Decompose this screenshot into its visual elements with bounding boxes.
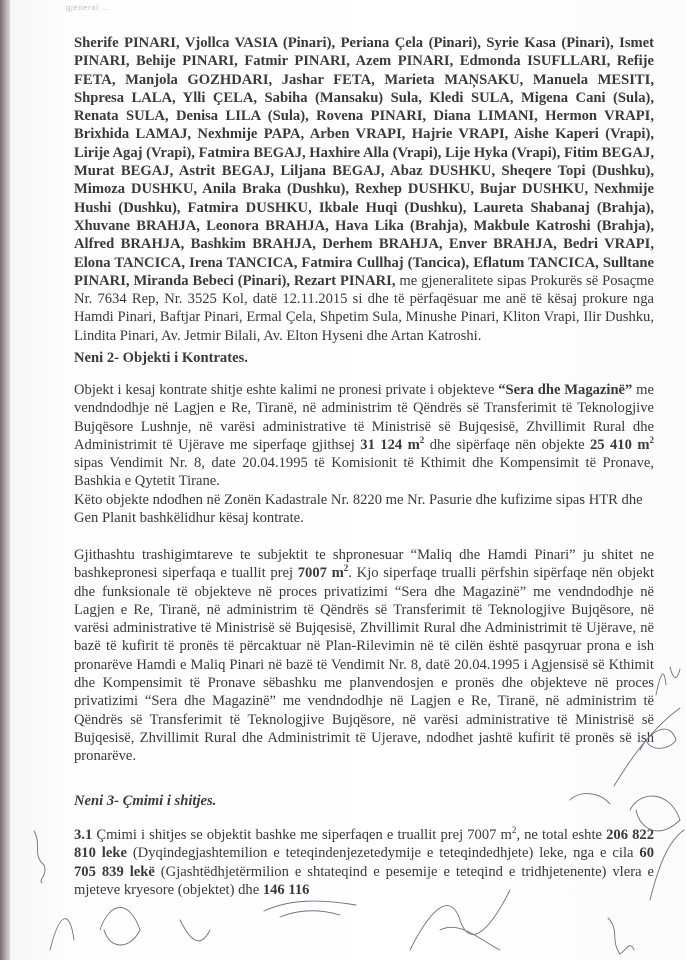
bold-text: 3.1: [74, 827, 92, 843]
superscript: 2: [649, 435, 654, 445]
text-run: . Kjo siperfaqe trualli përfshin sipërfa…: [74, 565, 654, 764]
article-2-body: Objekt i kesaj kontrate shitje eshte kal…: [74, 381, 654, 527]
bold-text: 146 116: [263, 882, 310, 898]
bold-text: 25 410 m: [590, 437, 650, 453]
article-2-paragraph-2-block: Gjithashtu trashigimtareve te subjektit …: [74, 546, 654, 766]
article-2-paragraph-1: Objekt i kesaj kontrate shitje eshte kal…: [74, 381, 654, 491]
article-2-paragraph-2: Gjithashtu trashigimtareve te subjektit …: [74, 546, 654, 766]
article-2: Neni 2- Objekti i Kontrates.: [74, 349, 654, 367]
article-3-heading: Neni 3- Çmimi i shitjes.: [74, 792, 654, 810]
article-3-body: 3.1 Çmimi i shitjes se objektit bashke m…: [74, 826, 654, 899]
text-run: Objekt i kesaj kontrate shitje eshte kal…: [74, 382, 498, 398]
parties-text: Sherife PINARI, Vjollca VASIA (Pinari), …: [74, 34, 654, 345]
text-run: (Dyqindegjashtemilion e teteqindenjezete…: [127, 845, 639, 861]
bold-text: Sherife PINARI, Vjollca VASIA (Pinari), …: [74, 35, 654, 289]
article-3: Neni 3- Çmimi i shitjes.: [74, 792, 654, 810]
article-3-paragraph-1: 3.1 Çmimi i shitjes se objektit bashke m…: [74, 826, 654, 899]
bold-text: 31 124 m: [360, 437, 420, 453]
faint-stamp-text: gjeneral ...: [66, 4, 109, 12]
text-run: dhe sipërfaqe nën objekte: [424, 437, 590, 453]
parties-paragraph: Sherife PINARI, Vjollca VASIA (Pinari), …: [74, 34, 654, 345]
article-2-heading: Neni 2- Objekti i Kontrates.: [74, 349, 654, 367]
text-run: sipas Vendimit Nr. 8, date 20.04.1995 të…: [74, 455, 654, 489]
article-2-paragraph-1b: Këto objekte ndodhen në Zonën Kadastrale…: [74, 491, 654, 528]
text-run: Çmimi i shitjes se objektit bashke me si…: [92, 827, 512, 843]
bold-text: 7007 m: [298, 565, 344, 581]
scan-edge: [0, 0, 10, 960]
text-run: , ne total eshte: [516, 827, 606, 843]
bold-text: “Sera dhe Magazinë”: [498, 382, 632, 398]
text-run: (Gjashtëdhjetërmilion e shtateqind e pes…: [74, 864, 654, 898]
